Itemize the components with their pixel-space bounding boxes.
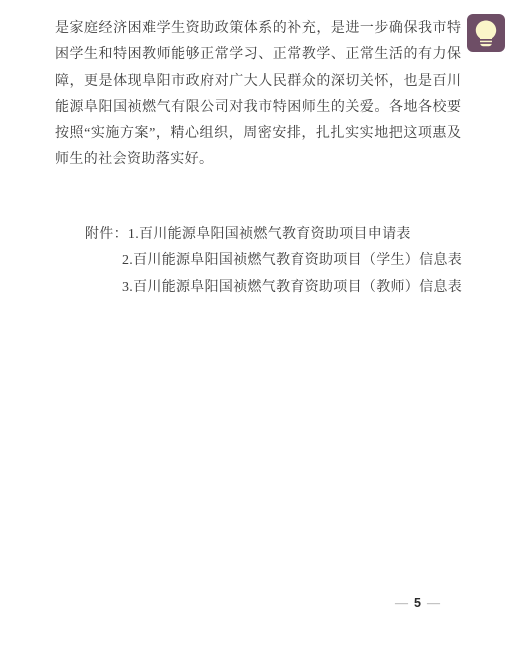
page-number-value: 5 xyxy=(414,596,421,610)
body-paragraph: 是家庭经济困难学生资助政策体系的补充，是进一步确保我市特 困学生和特困教师能够正… xyxy=(55,16,461,174)
assistant-bulb-button[interactable] xyxy=(467,14,505,52)
attachment-item-1-text: 1.百川能源阜阳国祯燃气教育资助项目申请表 xyxy=(128,227,411,242)
attachments-label: 附件： xyxy=(85,227,128,242)
page-number-dash-left: — xyxy=(395,595,408,610)
paragraph-line: 按照“实施方案”，精心组织，周密安排，扎扎实实地把这项惠及 xyxy=(55,121,461,147)
attachment-item-1: 附件：1.百川能源阜阳国祯燃气教育资助项目申请表 xyxy=(85,222,475,248)
page-number-dash-right: — xyxy=(427,595,440,610)
paragraph-line: 能源阜阳国祯燃气有限公司对我市特困师生的关爱。各地各校要 xyxy=(55,95,461,121)
attachment-item-2: 2.百川能源阜阳国祯燃气教育资助项目（学生）信息表 xyxy=(122,248,475,274)
document-page: 是家庭经济困难学生资助政策体系的补充，是进一步确保我市特 困学生和特困教师能够正… xyxy=(0,0,516,647)
paragraph-line: 障，更是体现阜阳市政府对广大人民群众的深切关怀，也是百川 xyxy=(55,69,461,95)
page-number: —5— xyxy=(395,595,440,611)
paragraph-line: 师生的社会资助落实好。 xyxy=(55,147,461,173)
paragraph-line: 是家庭经济困难学生资助政策体系的补充，是进一步确保我市特 xyxy=(55,16,461,42)
lightbulb-icon xyxy=(475,20,497,47)
paragraph-line: 困学生和特困教师能够正常学习、正常教学、正常生活的有力保 xyxy=(55,42,461,68)
attachments-list: 附件：1.百川能源阜阳国祯燃气教育资助项目申请表 2.百川能源阜阳国祯燃气教育资… xyxy=(85,222,475,301)
attachment-item-3: 3.百川能源阜阳国祯燃气教育资助项目（教师）信息表 xyxy=(122,275,475,301)
